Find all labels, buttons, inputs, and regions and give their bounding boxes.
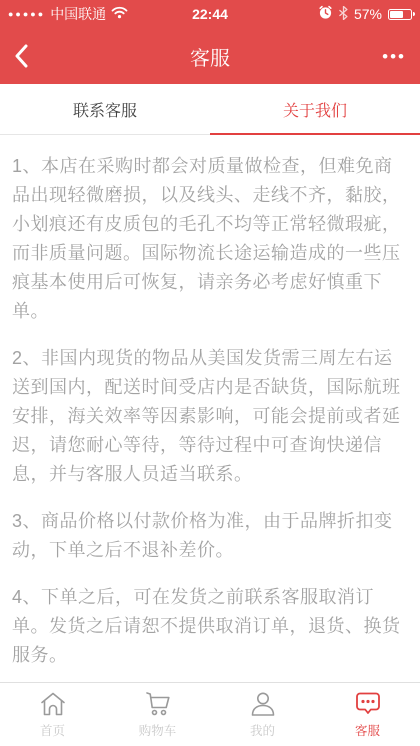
nav-header: 客服 ••• xyxy=(0,28,420,84)
status-left: ●●●●● 中国联通 xyxy=(8,4,166,24)
page-title: 客服 xyxy=(0,42,420,71)
tabbar-item-cart[interactable]: 购物车 xyxy=(105,683,210,746)
tabbar-item-service[interactable]: 客服 xyxy=(315,683,420,746)
policy-paragraph-2: 2、非国内现货的物品从美国发货需三周左右运送到国内，配送时间受店内是否缺货，国际… xyxy=(12,344,408,489)
chevron-left-icon xyxy=(14,44,28,68)
tabbar-label: 我的 xyxy=(250,721,275,739)
battery-icon xyxy=(388,9,412,20)
bluetooth-icon xyxy=(339,6,348,23)
alarm-clock-icon xyxy=(318,5,333,23)
status-right: 57% xyxy=(254,5,412,23)
home-icon xyxy=(38,690,68,718)
tabbar-label: 首页 xyxy=(40,721,65,739)
policy-paragraph-3: 3、商品价格以付款价格为准，由于品牌折扣变动，下单之后不退补差价。 xyxy=(12,507,408,565)
tabbar-label: 客服 xyxy=(355,721,380,739)
back-button[interactable] xyxy=(14,36,54,76)
policy-paragraph-1: 1、本店在采购时都会对质量做检查，但难免商品出现轻微磨损，以及线头、走线不齐，黏… xyxy=(12,152,408,326)
tabbar-item-home[interactable]: 首页 xyxy=(0,683,105,746)
bottom-tab-bar: 首页 购物车 我的 xyxy=(0,682,420,746)
chat-icon xyxy=(353,690,383,718)
wifi-icon xyxy=(111,6,128,22)
status-bar: ●●●●● 中国联通 22:44 xyxy=(0,0,420,28)
tab-contact-service[interactable]: 联系客服 xyxy=(0,84,210,134)
tab-about-us[interactable]: 关于我们 xyxy=(210,84,420,134)
about-us-content: 1、本店在采购时都会对质量做检查，但难免商品出现轻微磨损，以及线头、走线不齐，黏… xyxy=(0,135,420,682)
cart-icon xyxy=(143,690,173,718)
tabbar-label: 购物车 xyxy=(139,721,177,739)
battery-percent-label: 57% xyxy=(354,6,382,22)
tab-strip: 联系客服 关于我们 xyxy=(0,84,420,135)
clock-time: 22:44 xyxy=(166,6,254,22)
signal-strength-icon: ●●●●● xyxy=(8,9,45,19)
app-screen: ●●●●● 中国联通 22:44 xyxy=(0,0,420,746)
user-icon xyxy=(248,690,278,718)
policy-paragraph-4: 4、下单之后，可在发货之前联系客服取消订单。发货之后请恕不提供取消订单，退货、换… xyxy=(12,583,408,670)
carrier-label: 中国联通 xyxy=(50,4,106,24)
tabbar-item-mine[interactable]: 我的 xyxy=(210,683,315,746)
more-menu-button[interactable]: ••• xyxy=(374,40,406,73)
